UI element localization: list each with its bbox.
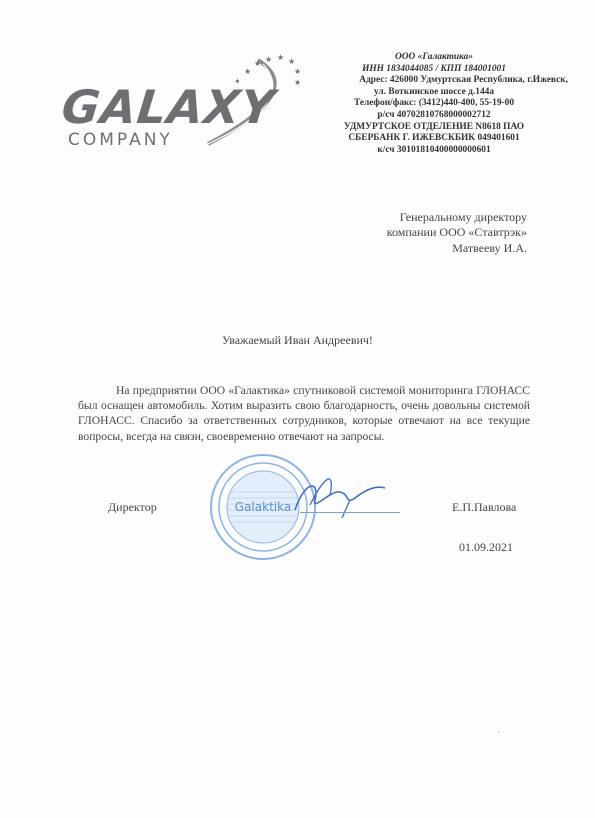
letter-page: ★★★ ★★★ ★✦ GALAXY COMPANY ООО «Галактика… (0, 0, 595, 818)
phone-fax: Телефон/факс: (3412)440-400, 55-19-00 (300, 98, 568, 110)
letter-date: 01.09.2021 (459, 540, 513, 555)
addressee-line-2: компании ООО «Ставтрэк» (387, 225, 527, 240)
address-line-1: Адрес: 426000 Удмуртская Республика, г.И… (300, 75, 568, 87)
bank-line-1: УДМУРТСКОЕ ОТДЕЛЕНИЕ N8618 ПАО (300, 122, 568, 134)
company-logo: ★★★ ★★★ ★✦ GALAXY COMPANY (58, 52, 318, 152)
settlement-account: р/сч 40702810768000002712 (300, 110, 568, 122)
address-line-2: ул. Воткинское шоссе д.144а (300, 87, 568, 99)
svg-text:★: ★ (265, 55, 272, 64)
signatory-name: Е.П.Павлова (452, 500, 516, 515)
addressee-block: Генеральному директору компании ООО «Ста… (387, 210, 527, 256)
svg-text:★: ★ (254, 59, 261, 68)
corr-account: к/сч 30101810400000000601 (300, 145, 568, 157)
stamp-text: Galaktika (235, 500, 291, 514)
logo-wordmark: GALAXY (60, 84, 278, 130)
svg-text:★: ★ (244, 67, 251, 76)
company-requisites: ООО «Галактика» ИНН 1834044085 / КПП 184… (300, 52, 568, 156)
inn-kpp: ИНН 1834044085 / КПП 184001001 (300, 64, 568, 76)
svg-text:★: ★ (288, 57, 295, 66)
letter-body: На предприятии ООО «Галактика» спутников… (78, 383, 530, 444)
signature-line (300, 512, 400, 513)
addressee-line-3: Матвееву И.А. (387, 241, 527, 256)
logo-subtitle: COMPANY (68, 132, 173, 149)
greeting: Уважаемый Иван Андреевич! (0, 333, 595, 348)
bank-line-2: СБЕРБАНК Г. ИЖЕВСКБИК 049401601 (300, 133, 568, 145)
company-name: ООО «Галактика» (300, 52, 568, 64)
signatory-role: Директор (108, 500, 157, 515)
addressee-line-1: Генеральному директору (387, 210, 527, 225)
svg-text:★: ★ (277, 53, 284, 62)
scan-artifact: · (497, 728, 500, 737)
